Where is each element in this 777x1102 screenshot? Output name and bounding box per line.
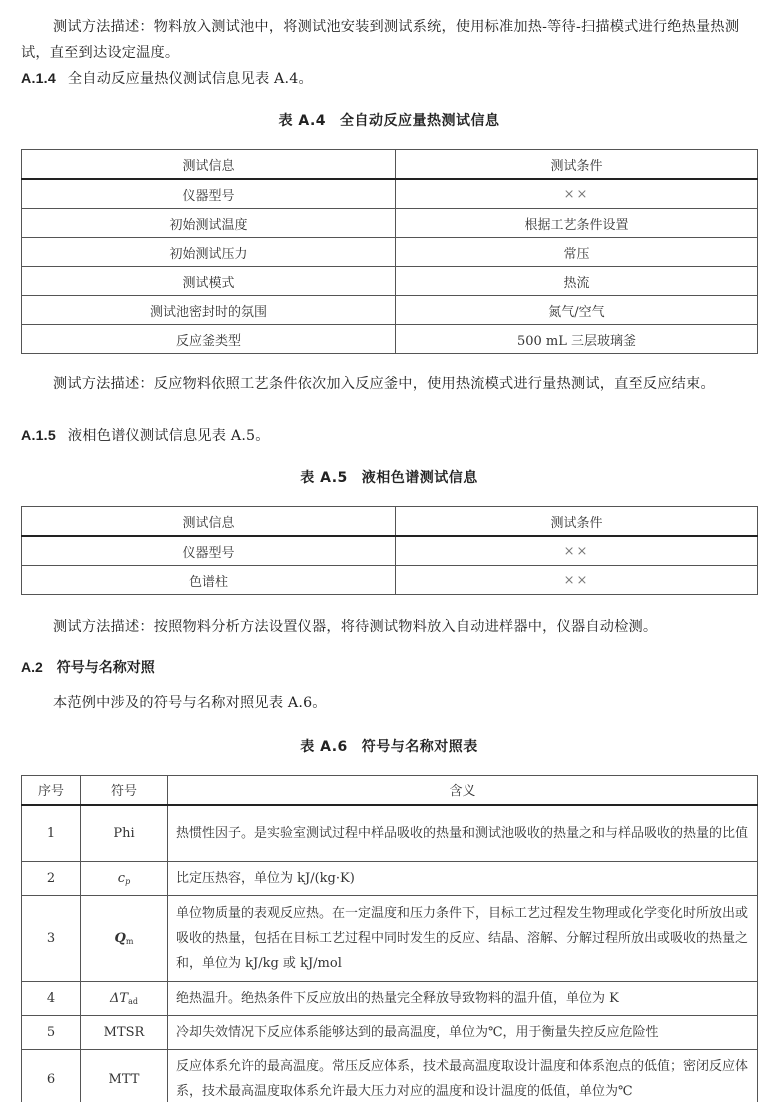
cell-symbol: cp bbox=[81, 862, 168, 896]
table-header-row: 测试信息 测试条件 bbox=[22, 150, 758, 180]
table-row: 测试模式 热流 bbox=[22, 267, 758, 296]
table-caption-number: 表 A.4 bbox=[278, 113, 326, 129]
clause-a-1-5: A.1.5液相色谱仪测试信息见表 A.5。 bbox=[21, 423, 757, 449]
cell-condition: 根据工艺条件设置 bbox=[396, 209, 758, 238]
cell-meaning: 绝热温升。绝热条件下反应放出的热量完全释放导致物料的温升值，单位为 K bbox=[168, 982, 758, 1016]
cell-info: 测试池密封时的氛围 bbox=[22, 296, 396, 325]
table-caption-title: 全自动反应量热测试信息 bbox=[340, 113, 500, 129]
cell-number: 2 bbox=[22, 862, 81, 896]
column-header-meaning: 含义 bbox=[168, 776, 758, 805]
symbol-main: ΔT bbox=[110, 991, 128, 1006]
cell-condition: 热流 bbox=[396, 267, 758, 296]
table-row: 初始测试温度 根据工艺条件设置 bbox=[22, 209, 758, 238]
table-row: 色谱柱 ×× bbox=[22, 566, 758, 595]
cell-meaning: 单位物质量的表观反应热。在一定温度和压力条件下，目标工艺过程发生物理或化学变化时… bbox=[168, 896, 758, 982]
table-header-row: 测试信息 测试条件 bbox=[22, 507, 758, 537]
table-row: 5 MTSR 冷却失效情况下反应体系能够达到的最高温度，单位为℃，用于衡量失控反… bbox=[22, 1016, 758, 1050]
table-row: 测试池密封时的氛围 氮气/空气 bbox=[22, 296, 758, 325]
table-row: 6 MTT 反应体系允许的最高温度。常压反应体系，技术最高温度取设计温度和体系泡… bbox=[22, 1050, 758, 1102]
symbol-main: Q bbox=[115, 931, 126, 946]
clause-a-1-4: A.1.4全自动反应量热仪测试信息见表 A.4。 bbox=[21, 66, 757, 92]
cell-info: 初始测试压力 bbox=[22, 238, 396, 267]
cell-info: 仪器型号 bbox=[22, 179, 396, 209]
cell-info: 测试模式 bbox=[22, 267, 396, 296]
cell-symbol: MTT bbox=[81, 1050, 168, 1102]
table-caption-number: 表 A.6 bbox=[300, 739, 348, 755]
table-a6: 序号 符号 含义 1 Phi 热惯性因子。是实验室测试过程中样品吸收的热量和测试… bbox=[21, 775, 758, 1102]
cell-info: 色谱柱 bbox=[22, 566, 396, 595]
table-row: 3 Qm 单位物质量的表观反应热。在一定温度和压力条件下，目标工艺过程发生物理或… bbox=[22, 896, 758, 982]
cell-condition: 氮气/空气 bbox=[396, 296, 758, 325]
cell-info: 初始测试温度 bbox=[22, 209, 396, 238]
table-a6-caption: 表 A.6符号与名称对照表 bbox=[21, 736, 757, 756]
table-caption-title: 液相色谱测试信息 bbox=[362, 470, 478, 486]
table-row: 仪器型号 ×× bbox=[22, 179, 758, 209]
cell-number: 3 bbox=[22, 896, 81, 982]
cell-condition: 常压 bbox=[396, 238, 758, 267]
column-header-test-condition: 测试条件 bbox=[396, 507, 758, 537]
cell-condition: ×× bbox=[396, 566, 758, 595]
clause-text: 全自动反应量热仪测试信息见表 A.4。 bbox=[68, 71, 313, 87]
cell-meaning: 比定压热容，单位为 kJ/(kg·K) bbox=[168, 862, 758, 896]
table-caption-title: 符号与名称对照表 bbox=[362, 739, 478, 755]
table-header-row: 序号 符号 含义 bbox=[22, 776, 758, 805]
cell-symbol: ΔTad bbox=[81, 982, 168, 1016]
table-caption-number: 表 A.5 bbox=[300, 470, 348, 486]
cell-symbol: Qm bbox=[81, 896, 168, 982]
section-title: 符号与名称对照 bbox=[57, 660, 155, 676]
table-a4-caption: 表 A.4全自动反应量热测试信息 bbox=[21, 110, 757, 130]
symbol-reference-paragraph: 本范例中涉及的符号与名称对照见表 A.6。 bbox=[21, 690, 757, 716]
column-header-test-info: 测试信息 bbox=[22, 150, 396, 180]
column-header-symbol: 符号 bbox=[81, 776, 168, 805]
column-header-test-condition: 测试条件 bbox=[396, 150, 758, 180]
cell-info: 仪器型号 bbox=[22, 536, 396, 566]
table-row: 4 ΔTad 绝热温升。绝热条件下反应放出的热量完全释放导致物料的温升值，单位为… bbox=[22, 982, 758, 1016]
cell-number: 6 bbox=[22, 1050, 81, 1102]
symbol-subscript: m bbox=[126, 937, 134, 946]
cell-meaning: 冷却失效情况下反应体系能够达到的最高温度，单位为℃，用于衡量失控反应危险性 bbox=[168, 1016, 758, 1050]
table-row: 1 Phi 热惯性因子。是实验室测试过程中样品吸收的热量和测试池吸收的热量之和与… bbox=[22, 805, 758, 862]
section-number: A.2 bbox=[21, 659, 43, 675]
table-a5-caption: 表 A.5液相色谱测试信息 bbox=[21, 467, 757, 487]
cell-number: 4 bbox=[22, 982, 81, 1016]
column-header-test-info: 测试信息 bbox=[22, 507, 396, 537]
test-method-paragraph-adiabatic: 测试方法描述：物料放入测试池中，将测试池安装到测试系统，使用标准加热-等待-扫描… bbox=[21, 14, 757, 66]
table-a4: 测试信息 测试条件 仪器型号 ×× 初始测试温度 根据工艺条件设置 初始测试压力… bbox=[21, 149, 758, 354]
cell-symbol: MTSR bbox=[81, 1016, 168, 1050]
table-row: 初始测试压力 常压 bbox=[22, 238, 758, 267]
test-method-paragraph-heat-flow: 测试方法描述：反应物料依照工艺条件依次加入反应釜中，使用热流模式进行量热测试，直… bbox=[21, 371, 757, 397]
symbol-main: c bbox=[118, 871, 125, 886]
cell-symbol: Phi bbox=[81, 805, 168, 862]
symbol-subscript: p bbox=[125, 877, 130, 886]
clause-text: 液相色谱仪测试信息见表 A.5。 bbox=[68, 428, 270, 444]
cell-info: 反应釜类型 bbox=[22, 325, 396, 354]
cell-number: 1 bbox=[22, 805, 81, 862]
cell-meaning: 热惯性因子。是实验室测试过程中样品吸收的热量和测试池吸收的热量之和与样品吸收的热… bbox=[168, 805, 758, 862]
table-row: 仪器型号 ×× bbox=[22, 536, 758, 566]
column-header-number: 序号 bbox=[22, 776, 81, 805]
cell-condition: ×× bbox=[396, 179, 758, 209]
table-row: 2 cp 比定压热容，单位为 kJ/(kg·K) bbox=[22, 862, 758, 896]
clause-number: A.1.4 bbox=[21, 71, 56, 87]
cell-meaning: 反应体系允许的最高温度。常压反应体系，技术最高温度取设计温度和体系泡点的低值；密… bbox=[168, 1050, 758, 1102]
cell-number: 5 bbox=[22, 1016, 81, 1050]
cell-condition: ×× bbox=[396, 536, 758, 566]
table-a5: 测试信息 测试条件 仪器型号 ×× 色谱柱 ×× bbox=[21, 506, 758, 595]
symbol-subscript: ad bbox=[128, 997, 138, 1006]
test-method-paragraph-lc: 测试方法描述：按照物料分析方法设置仪器，将待测试物料放入自动进样器中，仪器自动检… bbox=[21, 614, 757, 640]
section-a2-heading: A.2符号与名称对照 bbox=[21, 657, 155, 677]
cell-condition: 500 mL 三层玻璃釜 bbox=[396, 325, 758, 354]
table-row: 反应釜类型 500 mL 三层玻璃釜 bbox=[22, 325, 758, 354]
clause-number: A.1.5 bbox=[21, 428, 56, 444]
